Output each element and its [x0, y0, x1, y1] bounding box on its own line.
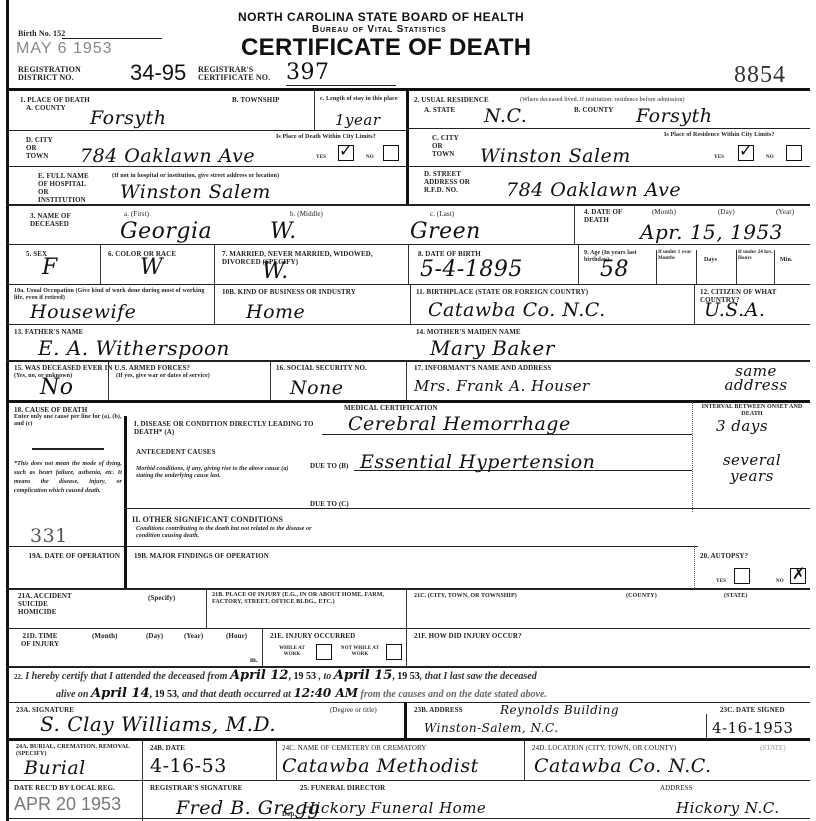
injury-type-label: 21a. Accident Suicide Homicide — [18, 592, 88, 616]
date-of-death-divider — [574, 204, 575, 244]
length-of-stay-value: 1year — [335, 112, 381, 128]
birthplace-divider — [410, 284, 411, 324]
interval-b-value: several years — [702, 452, 802, 484]
under-1yr-days-label: Days — [704, 256, 717, 264]
citizen-divider — [694, 284, 695, 324]
under-1yr-months-label: If under 1 year Months — [658, 250, 696, 262]
autopsy-no-label: No — [776, 578, 784, 586]
operation-findings-label: 19b. Major Findings of Operation — [134, 552, 269, 560]
certification-line-1: 22. I hereby certify that I attended the… — [14, 668, 810, 685]
received-stamp: MAY 6 1953 — [16, 40, 113, 58]
time-of-death-value: 12:40 AM — [293, 686, 358, 700]
residence-county-value: Forsyth — [636, 106, 713, 126]
cause-sidebar-divider — [124, 416, 127, 546]
row-line — [6, 204, 810, 206]
county-label: a. County — [26, 104, 66, 112]
days-divider — [696, 250, 697, 284]
physician-signature: S. Clay Williams, M.D. — [40, 714, 276, 734]
cemetery-value: Catawba Methodist — [282, 756, 479, 776]
ssn-divider — [270, 362, 271, 400]
death-within-limits-no-checkbox[interactable] — [383, 145, 399, 161]
father-label: 13. Father's Name — [14, 328, 83, 336]
informant-value: Mrs. Frank A. Houser — [414, 378, 590, 394]
cause-sidebar-rule — [32, 448, 104, 450]
hospital-value: Winston Salem — [120, 182, 271, 202]
last-name-value: Green — [410, 222, 481, 242]
injury-place-label: 21b. Place of Injury (e.g., in or about … — [212, 592, 406, 606]
within-city-limits-label: Is Place of Death Within City Limits? — [276, 134, 406, 141]
month-label: (Month) — [652, 208, 676, 216]
row-line — [6, 400, 810, 403]
medical-certification-heading: Medical Certification — [344, 404, 438, 412]
row-line — [406, 166, 810, 167]
residence-within-limits-label: Is Place of Residence Within City Limits… — [664, 132, 810, 139]
length-of-stay-label: c. Length of stay in this place — [320, 96, 404, 103]
hours-divider — [736, 250, 737, 284]
min-divider — [774, 250, 775, 284]
burial-date-label: 24b. Date — [150, 744, 185, 752]
antecedent-label: Antecedent Causes — [136, 448, 216, 456]
birth-number-line — [62, 38, 162, 39]
age-value: 58 — [600, 260, 629, 280]
injury-time-divider — [262, 628, 263, 666]
while-at-work-checkbox[interactable] — [316, 644, 332, 660]
date-of-death-label: 4. Date of Death — [584, 208, 624, 224]
under-24h-min-label: Min. — [780, 256, 793, 264]
autopsy-divider — [694, 546, 696, 588]
death-within-limits-yes-checkbox[interactable]: ✓ — [338, 145, 354, 161]
registration-district-value: 34-95 — [130, 60, 186, 86]
township-label: b. Township — [232, 96, 280, 104]
death-city-value: 784 Oaklawn Ave — [80, 146, 255, 166]
mother-label: 14. Mother's Maiden Name — [416, 328, 521, 336]
injury-location-label: 21c. (City, Town, or Township) — [414, 592, 517, 600]
cause-a-line — [322, 434, 692, 435]
page-title: CERTIFICATE OF DEATH — [241, 34, 531, 62]
residence-city-label: c. City or Town — [432, 134, 462, 158]
injury-time-label: 21d. Time of Injury — [20, 632, 60, 648]
city-label: d. City or Town — [26, 136, 56, 160]
informant-label: 17. Informant's Name and Address — [414, 364, 551, 372]
physician-address-label: 23b. Address — [414, 706, 463, 714]
residence-city-value: Winston Salem — [480, 146, 631, 166]
left-border — [6, 0, 9, 821]
certificate-header: Birth No. 152 MAY 6 1953 NORTH CAROLINA … — [0, 0, 816, 90]
signature-divider — [404, 702, 407, 738]
birthplace-value: Catawba Co. N.C. — [428, 300, 606, 320]
date-signed-value: 4-16-1953 — [712, 720, 793, 736]
burial-label: 24a. Burial, Cremation, Removal (Specify… — [16, 744, 140, 758]
immediate-cause-value: Cerebral Hemorrhage — [348, 414, 571, 434]
residence-no-label: No — [766, 154, 774, 162]
interval-a-value: 3 days — [716, 418, 768, 434]
cemetery-location-label: 24d. Location (City, town, or county) — [532, 744, 676, 752]
injury-type-divider — [206, 588, 207, 628]
street-address-value: 784 Oaklawn Ave — [506, 180, 681, 200]
certification-line-2: alive on April 14, 19 53, and that death… — [14, 685, 810, 703]
autopsy-label: 20. Autopsy? — [700, 552, 748, 560]
part2-hint: Conditions contributing to the death but… — [136, 526, 336, 540]
operation-divider — [124, 546, 127, 588]
row-line — [6, 166, 406, 167]
part2-label: II. Other Significant Conditions — [132, 516, 283, 524]
burial-value: Burial — [24, 758, 86, 778]
marital-value: W. — [262, 262, 289, 282]
date-signed-divider — [706, 714, 707, 738]
checkmark-icon: ✓ — [339, 142, 352, 160]
certification-text-5: , and that death occurred at — [177, 689, 291, 700]
part1-label: I. Disease or Condition Directly Leading… — [134, 420, 324, 436]
operation-date-label: 19a. Date of Operation — [18, 552, 120, 560]
injury-how-label: 21f. How Did Injury Occur? — [414, 632, 522, 640]
physician-address-line2: Winston-Salem, N.C. — [424, 722, 559, 735]
birthplace-label: 11. Birthplace (State or foreign country… — [416, 288, 588, 296]
file-number: 8854 — [734, 62, 786, 89]
antecedent-hint: Morbid conditions, if any, giving rise t… — [136, 466, 306, 480]
attended-to-date: April 15 — [334, 668, 393, 683]
mother-value: Mary Baker — [430, 338, 555, 358]
cemetery-location-value: Catawba Co. N.C. — [534, 756, 712, 776]
x-mark-icon: ✗ — [792, 565, 805, 583]
informant-divider — [406, 362, 407, 400]
row-line — [6, 324, 810, 325]
row-line — [6, 738, 810, 741]
attended-to-year: , 19 53 — [392, 671, 420, 682]
first-name-value: Georgia — [120, 222, 212, 242]
code-note: 331 — [30, 526, 68, 546]
certification-text-4: alive on — [56, 689, 89, 700]
date-divider — [276, 740, 277, 780]
death-county-value: Forsyth — [90, 108, 167, 128]
last-seen-date: April 14 — [91, 686, 150, 701]
autopsy-no-checkbox[interactable]: ✗ — [790, 568, 806, 584]
cemetery-state-label: (State) — [760, 744, 786, 752]
months-divider — [656, 250, 657, 284]
industry-divider — [214, 284, 215, 324]
middle-name-label: b. (Middle) — [290, 210, 323, 218]
industry-value: Home — [246, 302, 305, 322]
interval-label: Interval Between Onset and Death — [696, 404, 808, 418]
cause-of-death-label: 18. Cause of Death — [14, 406, 87, 414]
attended-from-date: April 12 — [230, 668, 289, 683]
bottom-rule — [6, 818, 810, 819]
usual-residence-hint: (Where deceased lived. If institution: r… — [520, 96, 685, 104]
hospital-hint: (If not in hospital or institution, give… — [112, 172, 279, 180]
injury-m-label: m. — [250, 656, 258, 664]
due-to-b-value: Essential Hypertension — [360, 452, 595, 472]
cemetery-label: 24c. Name of Cemetery or Crematory — [282, 744, 427, 752]
autopsy-yes-checkbox[interactable] — [734, 568, 750, 584]
injury-place-divider — [406, 588, 407, 628]
informant-address-value: same address — [706, 364, 806, 392]
certification-statement: 22. I hereby certify that I attended the… — [14, 668, 810, 703]
within-limits-no-label: No — [366, 154, 374, 162]
board-name: NORTH CAROLINA STATE BOARD OF HEALTH — [238, 10, 524, 24]
certification-text-2: , to — [318, 671, 331, 682]
father-value: E. A. Witherspoon — [38, 338, 230, 358]
under-24h-hours-label: If under 24 hrs. Hours — [738, 250, 774, 262]
injury-specify-label: (Specify) — [148, 594, 175, 602]
registrar-suffix: Dep. — [282, 810, 296, 818]
last-seen-year: , 19 53 — [150, 689, 178, 700]
injury-occurred-label: 21e. Injury Occurred — [270, 632, 355, 640]
center-divider — [406, 90, 409, 204]
within-limits-yes-label: Yes — [316, 154, 326, 162]
cause-c-line — [124, 508, 810, 509]
degree-label: (Degree or title) — [330, 706, 377, 714]
funeral-director-value: Hickory Funeral Home — [302, 800, 486, 816]
stay-divider — [314, 90, 315, 130]
certification-text-6: from the causes and on the date stated a… — [361, 689, 547, 700]
residence-within-limits-no-checkbox[interactable] — [786, 145, 802, 161]
registrar-certificate-label: Registrar's Certificate No. — [198, 66, 293, 82]
date-received-stamp: APR 20 1953 — [14, 794, 121, 815]
cause-hint: Enter only one cause per line for (a), (… — [14, 414, 122, 428]
checkmark-icon: ✓ — [739, 142, 752, 160]
row-line — [6, 130, 406, 131]
street-address-label: d. Street Address or R.F.D. No. — [424, 170, 480, 194]
residence-within-limits-yes-checkbox[interactable]: ✓ — [738, 145, 754, 161]
due-to-c-label: Due to (c) — [310, 500, 349, 508]
color-divider — [214, 244, 215, 284]
header-cert-line — [286, 85, 396, 86]
residence-yes-label: Yes — [714, 154, 724, 162]
place-of-death-label: 1. Place of Death — [20, 96, 90, 104]
dob-value: 5-4-1895 — [420, 260, 523, 280]
injury-county-label: (County) — [626, 592, 657, 600]
occupation-value: Housewife — [30, 302, 136, 322]
day-label: (Day) — [718, 208, 735, 216]
not-while-at-work-checkbox[interactable] — [386, 644, 402, 660]
ssn-label: 16. Social Security No. — [276, 364, 367, 372]
ssn-value: None — [290, 378, 344, 398]
funeral-director-address-value: Hickory N.C. — [676, 800, 779, 816]
autopsy-yes-label: Yes — [716, 578, 726, 586]
residence-state-label: a. State — [424, 106, 455, 114]
certification-text-1: I hereby certify that I attended the dec… — [25, 671, 227, 682]
year-label: (Year) — [776, 208, 794, 216]
physician-address-line1: Reynolds Building — [500, 704, 619, 717]
injury-month-label: (Month) — [92, 632, 118, 640]
color-value: W — [140, 258, 163, 278]
birth-number-label: Birth No. 152 — [18, 30, 65, 38]
registrar-signature-label: Registrar's Signature — [150, 784, 242, 792]
usual-residence-label: 2. Usual Residence — [414, 96, 489, 104]
date-signed-label: 23c. Date Signed — [720, 706, 785, 714]
certification-number: 22. — [14, 673, 23, 681]
last-name-label: c. (Last) — [430, 210, 454, 218]
row-line — [6, 284, 810, 285]
citizen-value: U.S.A. — [704, 300, 765, 320]
hospital-label: e. Full Name of Hospital or Institution — [38, 172, 98, 204]
burial-date-value: 4-16-53 — [150, 756, 227, 776]
funeral-director-address-label: Address — [660, 784, 693, 792]
registrar-signature: Fred B. Gregg — [176, 798, 320, 818]
residence-county-label: b. County — [574, 106, 613, 114]
date-of-death-value: Apr. 15, 1953 — [640, 222, 783, 242]
row-line — [406, 128, 810, 129]
due-to-b-label: Due to (b) — [310, 462, 348, 470]
registration-district-label: Registration District No. — [18, 66, 113, 82]
row-line — [6, 780, 810, 781]
name-of-deceased-label: 3. Name of Deceased — [30, 212, 90, 228]
cause-footnote: *This does not mean the mode of dying, s… — [14, 460, 122, 496]
row-line — [6, 588, 810, 590]
interval-divider — [692, 402, 694, 512]
marital-label: 7. Married, Never Married, Widowed, Divo… — [222, 250, 402, 266]
injury-day-label: (Day) — [146, 632, 163, 640]
row-line — [6, 628, 810, 629]
injury-state-label: (State) — [724, 592, 747, 600]
cemetery-divider — [524, 740, 525, 780]
row-line — [6, 702, 810, 703]
marital-divider — [408, 244, 409, 284]
row-line — [6, 546, 698, 547]
occupation-label: 10a. Usual Occupation (Give kind of work… — [14, 288, 212, 302]
certification-text-3: , that I last saw the deceased — [420, 671, 537, 682]
row-line — [6, 360, 810, 362]
middle-name-value: W. — [270, 222, 297, 242]
industry-label: 10b. Kind of Business or Industry — [222, 288, 372, 296]
first-name-label: a. (First) — [124, 210, 149, 218]
attended-from-year: , 19 53 — [288, 671, 316, 682]
armed-forces-value: No — [40, 378, 74, 398]
date-received-label: Date Rec'd by Local Reg. — [14, 784, 115, 792]
injury-year-label: (Year) — [184, 632, 203, 640]
cause-b-line — [354, 470, 692, 471]
sex-divider — [100, 244, 101, 284]
injury-occurred-divider — [406, 628, 407, 666]
not-while-at-work-label: Not While at Work — [340, 646, 380, 658]
sex-value: F — [42, 258, 58, 278]
injury-hour-label: (Hour) — [226, 632, 247, 640]
while-at-work-label: While at Work — [272, 646, 312, 658]
residence-state-value: N.C. — [484, 106, 527, 126]
age-divider — [578, 244, 579, 284]
registrar-certificate-value: 397 — [286, 63, 330, 83]
armed-forces-label: 15. Was Deceased Ever in U.S. Armed Forc… — [14, 364, 190, 372]
armed-forces-hint-b: (If yes, give war or dates of service) — [116, 372, 210, 380]
funeral-director-label: 25. Funeral Director — [300, 784, 385, 792]
